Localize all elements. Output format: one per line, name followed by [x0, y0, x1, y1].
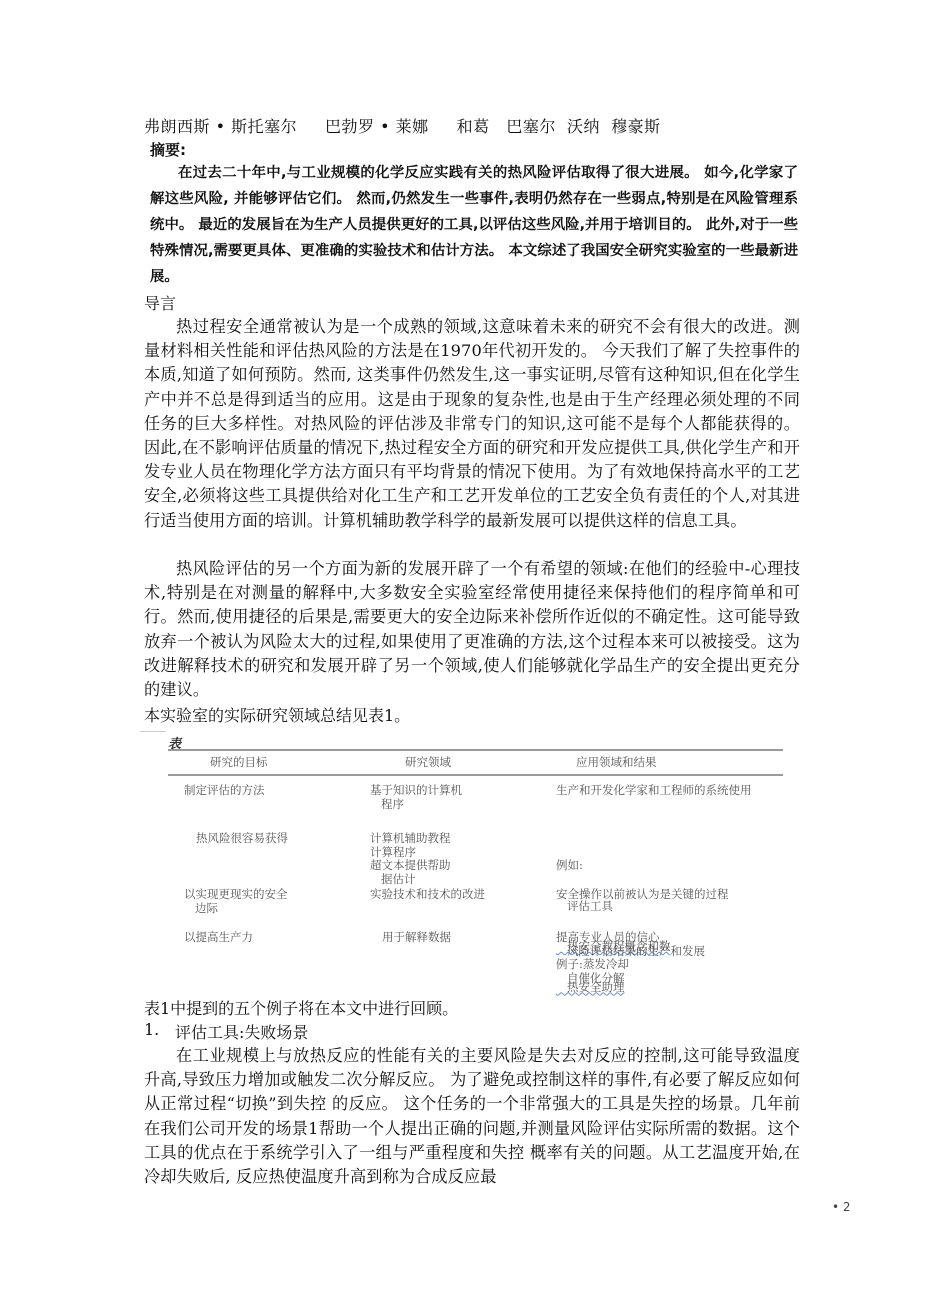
header-application-results: 应用领域和结果	[576, 756, 657, 770]
table-header-rule	[168, 774, 783, 776]
row2-goal: 热风险很容易获得	[196, 832, 288, 846]
table-mark	[140, 731, 166, 732]
intro-paragraph-1: 热过程安全通常被认为是一个成熟的领域,这意味着未来的研究不会有很大的改进。测量材…	[144, 315, 800, 533]
section-1-number: 1.	[144, 1020, 159, 1039]
page-number: • 2	[832, 1200, 851, 1214]
table-top-rule	[168, 749, 783, 751]
row2-result: 例如: 评估工具 热安全教程概念和数 热安全助理	[556, 832, 670, 1021]
row1-goal: 制定评估的方法	[184, 784, 265, 798]
abstract-label: 摘要:	[150, 139, 186, 160]
row4-field: 用于解释数据	[382, 931, 451, 945]
header-research-field: 研究领域	[405, 756, 451, 770]
row2-result-line: 例如:	[556, 859, 670, 873]
introduction-heading: 导言	[144, 291, 176, 314]
row2-field: 计算机辅助教程 计算程序 超文本提供帮助 据估计	[370, 832, 451, 886]
after-table-text: 表1中提到的五个例子将在本文中进行回顾。	[144, 996, 458, 1019]
row3-field: 实验技术和技术的改进	[370, 888, 485, 902]
row2-result-line: 评估工具	[556, 900, 670, 914]
intro-paragraph-2: 热风险评估的另一个方面为新的发展开辟了一个有希望的领域:在他们的经验中-心理技术…	[144, 557, 800, 702]
research-areas-table: 表 研究的目标 研究领域 应用领域和结果 制定评估的方法 基于知识的计算机 程序…	[158, 735, 783, 985]
section-1-title: 评估工具:失败场景	[175, 1020, 308, 1043]
row4-result: 提高专业人员的信心 风险评估结果的生产和发展 例子:蒸发冷却 自催化分解	[556, 931, 705, 985]
table-reference-text: 本实验室的实际研究领域总结见表1。	[144, 703, 410, 726]
abstract-text: 在过去二十年中,与工业规模的化学反应实践有关的热风险评估取得了很大进展。 如今,…	[150, 160, 798, 290]
row1-field: 基于知识的计算机 程序	[370, 784, 462, 811]
row3-result: 安全操作以前被认为是关键的过程	[556, 888, 729, 902]
row4-goal: 以提高生产力	[184, 931, 253, 945]
row3-goal: 以实现更现实的安全 边际	[184, 888, 288, 915]
header-research-goal: 研究的目标	[210, 756, 268, 770]
section-1-paragraph: 在工业规模上与放热反应的性能有关的主要风险是失去对反应的控制,这可能导致温度升高…	[144, 1044, 800, 1189]
row1-result: 生产和开发化学家和工程师的系统使用	[556, 784, 752, 798]
author-list: 弗朗西斯 • 斯托塞尔 巴勃罗 • 莱娜 和葛 巴塞尔 沃纳 穆豪斯	[144, 114, 661, 137]
